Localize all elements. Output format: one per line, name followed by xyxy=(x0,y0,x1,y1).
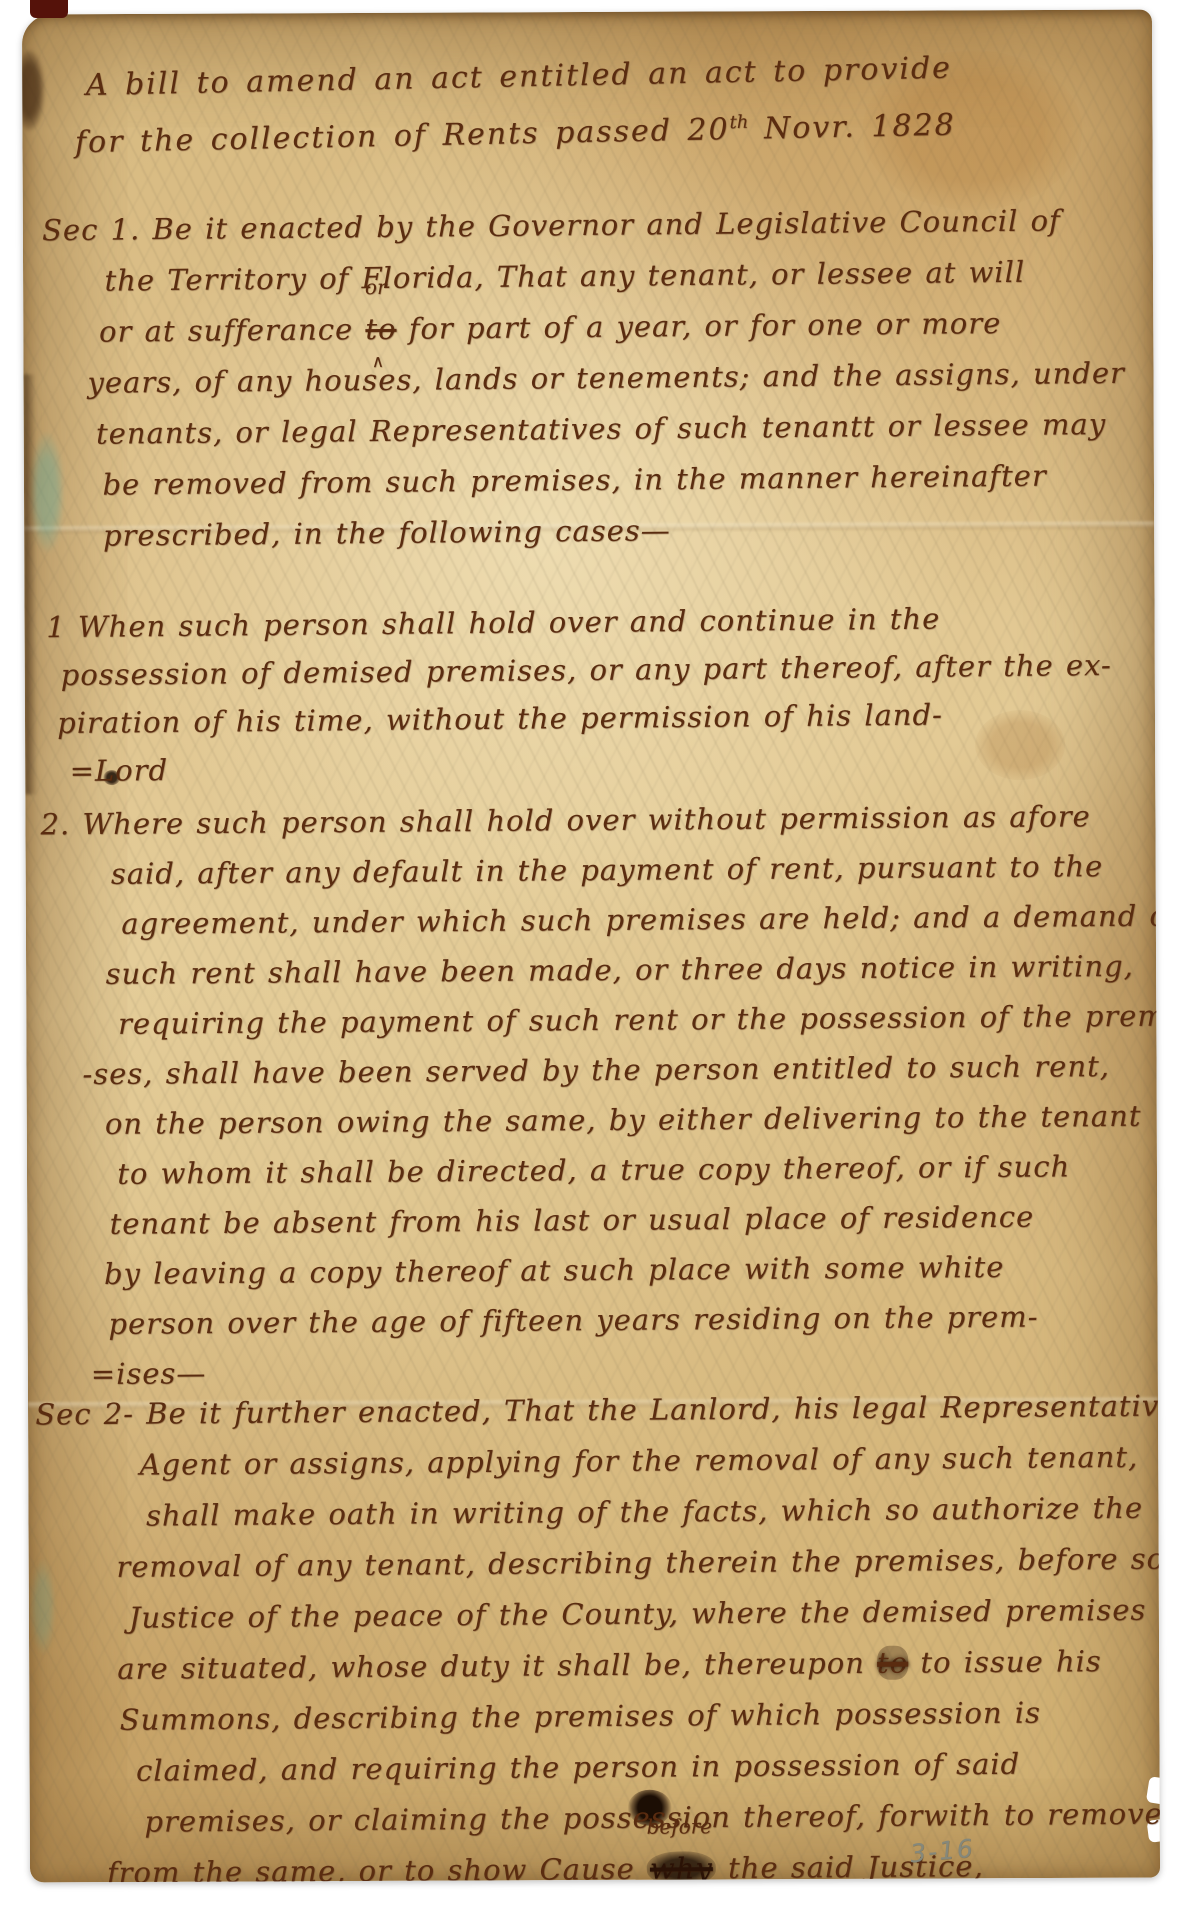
clause-2: 2. Where such person shall hold over wit… xyxy=(40,790,1160,1399)
text-line: to whom it shall be directed, a true cop… xyxy=(117,1140,1160,1199)
text-line: 2. Where such person shall hold over wit… xyxy=(40,790,1160,849)
edit-insertion: or∧to xyxy=(365,304,397,355)
struck-word: to xyxy=(365,312,396,346)
text-segment: are situated, whose duty it shall be, th… xyxy=(117,1646,877,1686)
text-line: agreement, under which such premises are… xyxy=(121,890,1160,948)
clause-1: 1 When such person shall hold over and c… xyxy=(46,593,1113,795)
ordinal-superscript: th xyxy=(729,112,748,133)
text-line: Justice of the peace of the County, wher… xyxy=(129,1584,1160,1644)
text-line: Agent or assigns, applying for the remov… xyxy=(139,1431,1160,1490)
section-2: Sec 2- Be it further enacted, That the L… xyxy=(35,1380,1160,1882)
manuscript-page: A bill to amend an act entitled an act t… xyxy=(22,10,1160,1883)
inserted-word: before xyxy=(647,1816,713,1837)
text-line: are situated, whose duty it shall be, th… xyxy=(117,1635,1160,1695)
text-line: Sec 2- Be it further enacted, That the L… xyxy=(35,1380,1160,1440)
text-line: shall make oath in writing of the facts,… xyxy=(146,1482,1160,1541)
text-line: on the person owing the same, by either … xyxy=(105,1090,1160,1149)
section-1: Sec 1. Be it enacted by the Governor and… xyxy=(42,195,1127,562)
title-text: Novr. 1828 xyxy=(748,108,956,147)
text-line: requiring the payment of such rent or th… xyxy=(118,990,1160,1049)
text-line: =Lord xyxy=(69,737,1112,795)
page-edge-shadow xyxy=(24,374,38,794)
struck-word: why xyxy=(647,1851,716,1882)
text-segment: or at sufferance xyxy=(99,312,366,349)
binding-remnant xyxy=(30,0,68,18)
struck-word: to xyxy=(877,1646,908,1680)
text-line: removal of any tenant, describing therei… xyxy=(116,1533,1160,1593)
text-segment: for part of a year, or for one or more xyxy=(396,306,1001,346)
text-line: prescribed, in the following cases— xyxy=(103,501,1127,562)
text-segment: to issue his xyxy=(908,1644,1102,1680)
text-segment: from the same, or to show Cause xyxy=(107,1852,647,1883)
bill-title: A bill to amend an act entitled an act t… xyxy=(85,44,956,168)
text-line: by leaving a copy thereof at such place … xyxy=(104,1240,1160,1299)
edit-insertion: before∧why xyxy=(647,1843,716,1882)
text-line: Summons, describing the premises of whic… xyxy=(119,1686,1160,1746)
text-line: -ses, shall have been served by the pers… xyxy=(82,1040,1160,1099)
text-line: claimed, and requiring the person in pos… xyxy=(136,1737,1160,1796)
text-line: such rent shall have been made, or three… xyxy=(105,940,1160,999)
pencil-annotation: 3-16 xyxy=(909,1834,976,1869)
edge-stain xyxy=(22,50,45,130)
text-line: from the same, or to show Cause before∧w… xyxy=(107,1839,1160,1882)
text-line: tenant be absent from his last or usual … xyxy=(109,1190,1160,1249)
inserted-word: or xyxy=(365,277,387,297)
text-line: person over the age of fifteen years res… xyxy=(108,1290,1160,1349)
text-line: said, after any default in the payment o… xyxy=(111,840,1160,899)
title-text: for the collection of Rents passed 20 xyxy=(75,112,730,160)
